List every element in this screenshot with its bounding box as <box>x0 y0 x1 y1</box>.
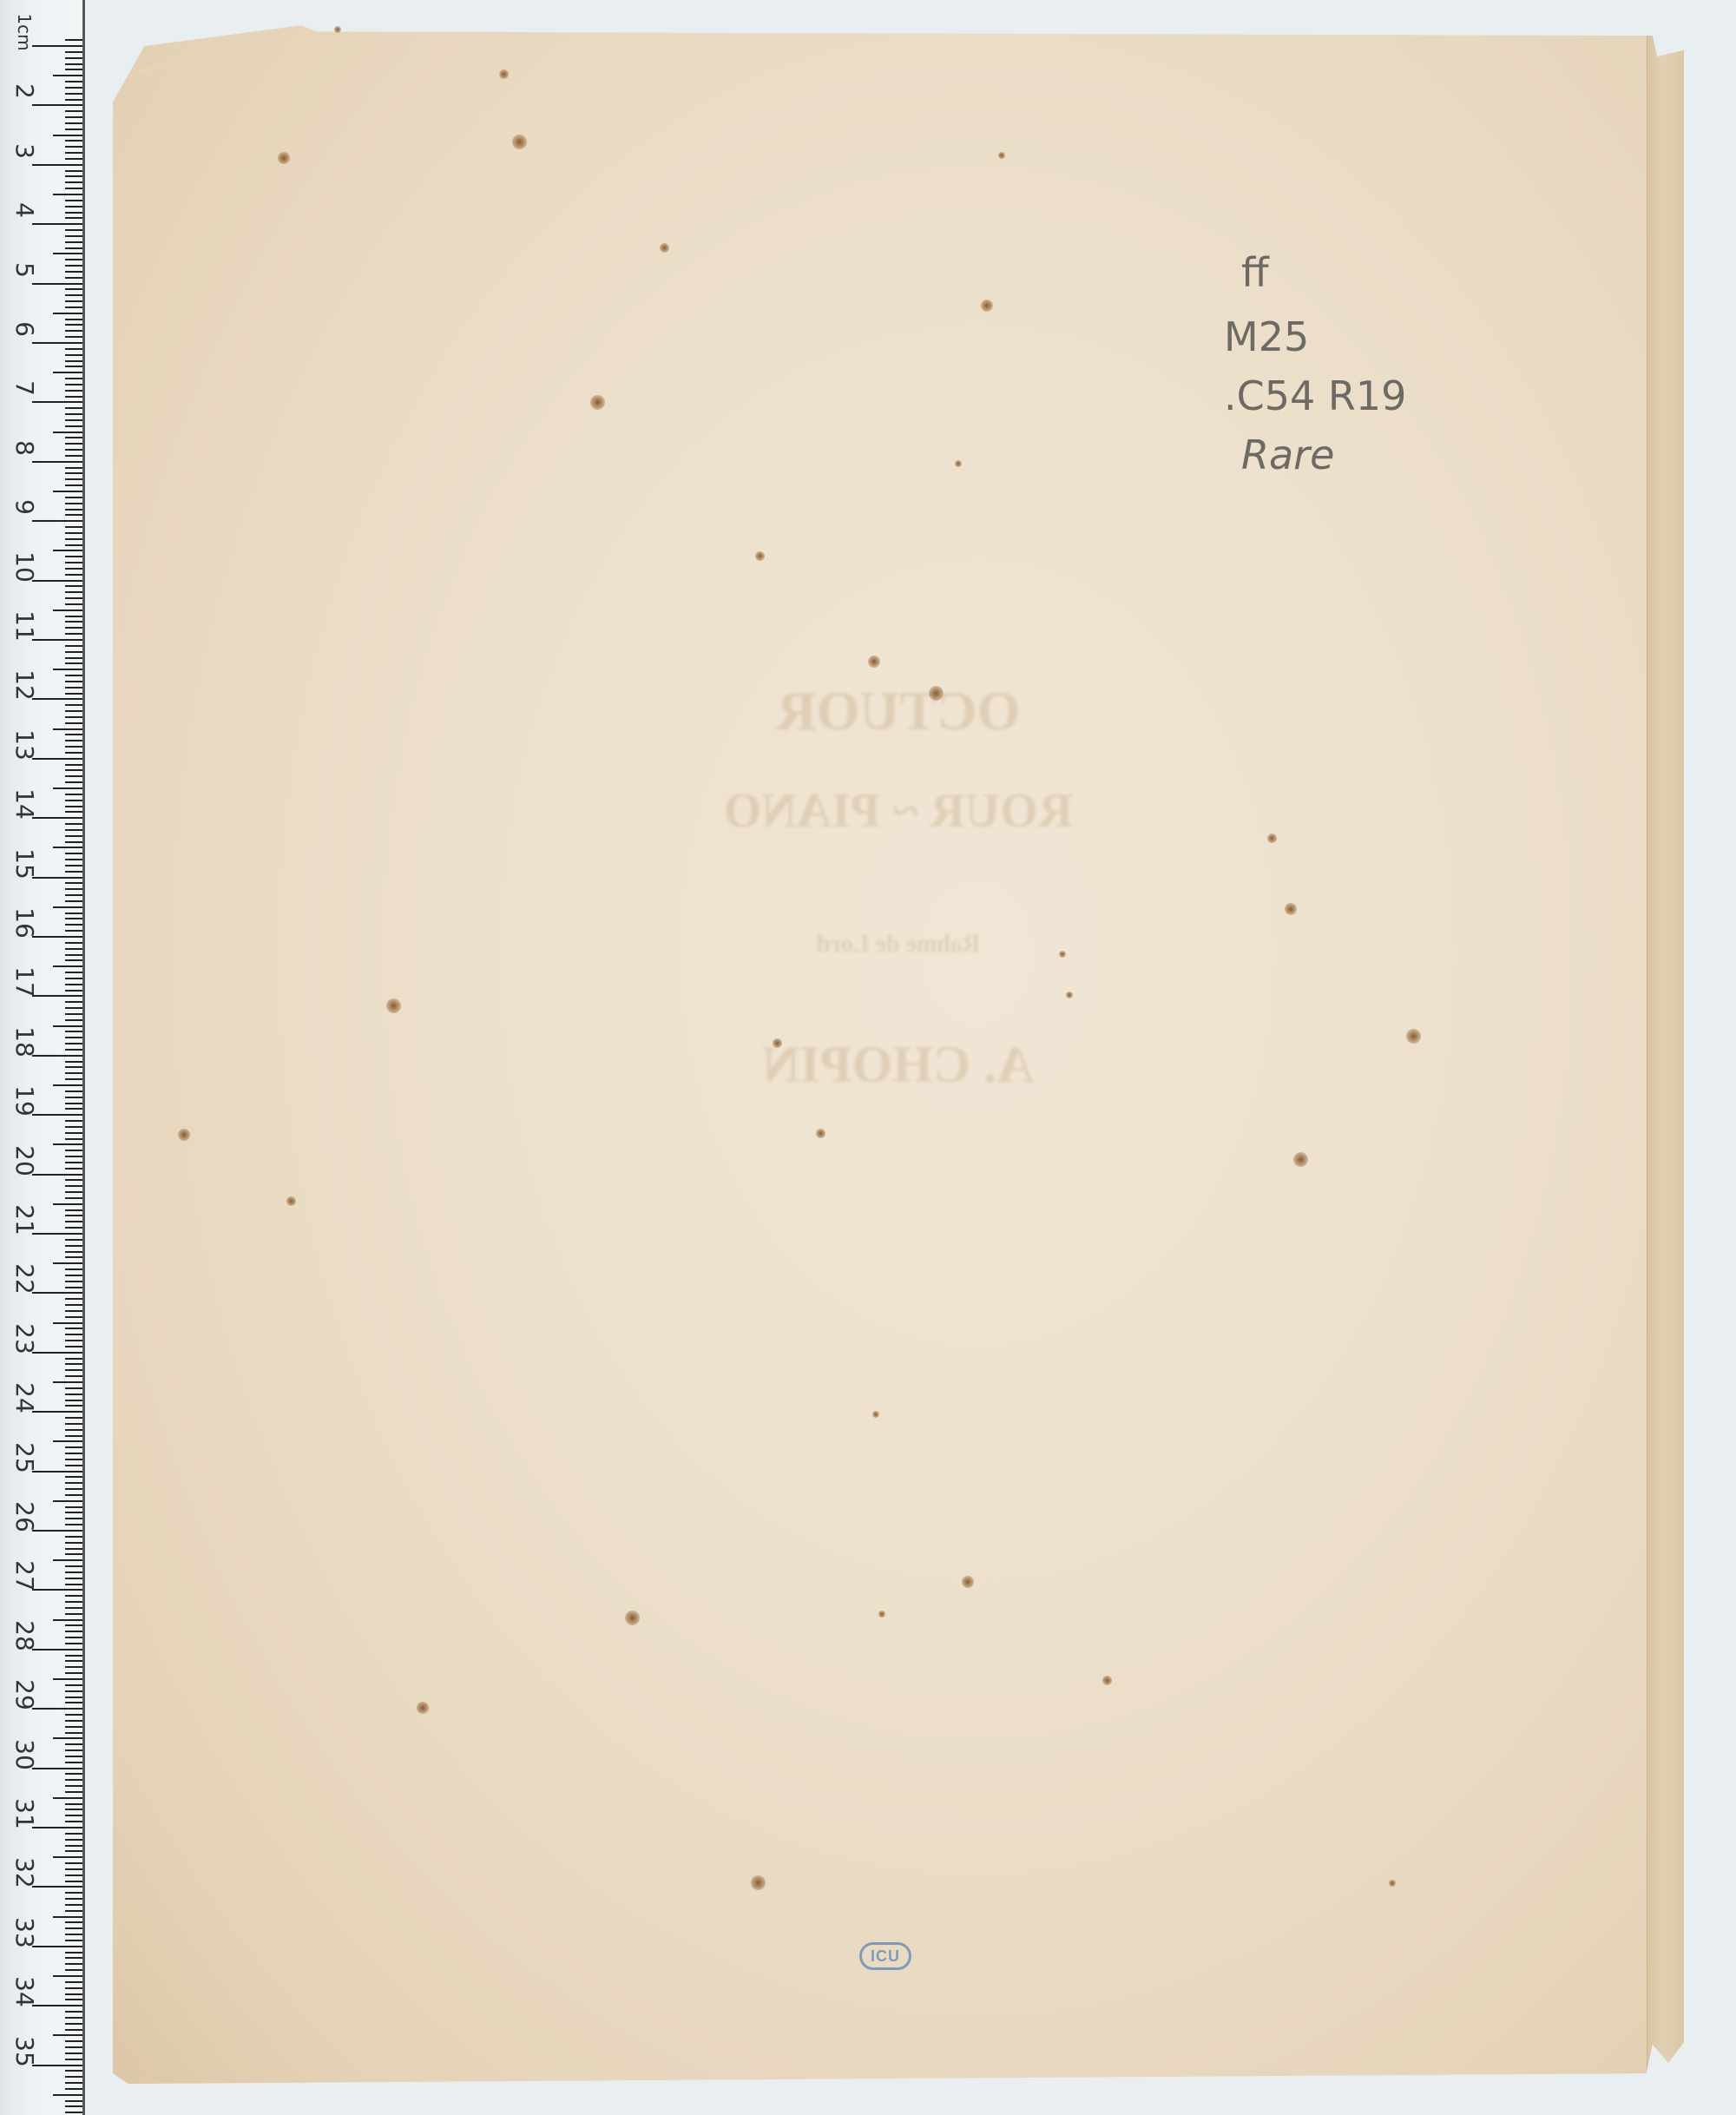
ruler-tick <box>65 1809 82 1810</box>
ruler-tick <box>65 627 82 629</box>
ruler-tick <box>65 882 82 884</box>
ruler-tick <box>65 585 82 587</box>
foxing-spot <box>868 656 880 668</box>
ruler-tick <box>65 425 82 427</box>
ruler-tick <box>65 1287 82 1288</box>
ruler-label: 34 <box>11 1973 37 2011</box>
document-page: OCTUOR ROUR ~ PIANO Rahme de Lord A. CHO… <box>113 19 1684 2094</box>
ruler-tick <box>32 520 82 522</box>
ruler-tick <box>65 1387 82 1389</box>
ruler-tick <box>65 2082 82 2084</box>
ruler-tick <box>53 194 82 195</box>
ruler-label: 14 <box>11 785 37 823</box>
ruler-label: 11 <box>11 607 37 645</box>
foxing-spot <box>981 300 993 312</box>
ruler-tick <box>65 597 82 599</box>
ruler-tick <box>32 877 82 879</box>
foxing-spot <box>1066 992 1073 998</box>
ruler-tick <box>65 2046 82 2048</box>
ruler-tick <box>53 1203 82 1205</box>
ruler-tick <box>53 1797 82 1799</box>
ruler-tick <box>65 2076 82 2078</box>
ruler-tick <box>65 1013 82 1015</box>
ruler-tick <box>65 2011 82 2013</box>
ruler-tick <box>65 1256 82 1258</box>
ruler-label: 30 <box>11 1736 37 1774</box>
ruler-tick <box>65 1702 82 1703</box>
ruler-tick <box>65 1400 82 1401</box>
ruler-tick <box>32 401 82 403</box>
ruler-tick <box>53 1916 82 1918</box>
ruler-tick <box>53 1975 82 1977</box>
ruler-label: 8 <box>11 429 37 467</box>
ruler-tick <box>32 1411 82 1413</box>
ruler-tick <box>53 491 82 492</box>
ruler-tick <box>65 1536 82 1538</box>
ruler-tick <box>65 1185 82 1187</box>
ruler-tick <box>32 698 82 700</box>
ruler-tick <box>32 817 82 819</box>
ruler-tick <box>65 746 82 748</box>
ruler-tick <box>65 366 82 367</box>
ruler-tick <box>65 396 82 398</box>
ruler-tick <box>65 978 82 979</box>
ruler-tick <box>65 1779 82 1781</box>
ruler-tick <box>65 1310 82 1312</box>
ruler-label: 1cm <box>11 13 37 51</box>
pencil-annotations: ff M25 .C54 R19 Rare <box>1224 243 1406 484</box>
ruler-tick <box>65 128 82 130</box>
ruler-tick <box>65 1197 82 1199</box>
ruler-tick <box>65 1476 82 1478</box>
ruler-tick <box>53 1143 82 1145</box>
foxing-spot <box>499 69 509 79</box>
ruler-label: 23 <box>11 1320 37 1358</box>
ruler-tick <box>53 1084 82 1086</box>
ruler-label: 9 <box>11 488 37 526</box>
ruler-tick <box>65 1239 82 1241</box>
ruler-tick <box>65 687 82 689</box>
ruler-tick <box>32 1352 82 1354</box>
ruler-tick <box>65 407 82 409</box>
ruler-tick <box>65 657 82 659</box>
ruler-tick <box>32 1768 82 1769</box>
ruler-tick <box>65 1482 82 1484</box>
ruler-tick <box>65 1078 82 1080</box>
ruler-tick <box>65 1031 82 1032</box>
ruler-tick <box>65 1126 82 1128</box>
ruler-tick <box>65 1791 82 1793</box>
ruler-tick <box>65 574 82 576</box>
foxing-spot <box>178 1129 190 1141</box>
ruler-tick <box>53 75 82 76</box>
ruler-tick <box>65 1072 82 1074</box>
ruler-tick <box>65 212 82 214</box>
ruler-tick <box>65 1465 82 1466</box>
ruler-tick <box>65 1862 82 1864</box>
ruler-tick <box>65 1251 82 1253</box>
ruler-tick <box>65 1132 82 1134</box>
foxing-spot <box>1102 1676 1112 1685</box>
ruler-tick <box>65 616 82 617</box>
ruler-tick <box>53 1856 82 1858</box>
ruler-tick <box>65 526 82 528</box>
ruler-tick <box>32 1114 82 1116</box>
ruler-tick <box>65 1346 82 1347</box>
ruler-tick <box>65 662 82 664</box>
ruler-tick <box>65 1001 82 1003</box>
ruler-tick <box>65 1803 82 1805</box>
ruler-tick <box>65 1940 82 1941</box>
foxing-spot <box>278 152 290 164</box>
ruler-tick <box>32 1471 82 1473</box>
ruler-tick <box>65 764 82 766</box>
ruler-tick <box>65 455 82 457</box>
ruler-tick <box>53 1500 82 1502</box>
ruler-tick <box>65 2070 82 2072</box>
ruler-tick <box>65 324 82 326</box>
ruler-tick <box>65 330 82 332</box>
ruler-tick <box>53 432 82 433</box>
ruler-tick <box>65 1061 82 1063</box>
foxing-spot <box>1059 951 1066 958</box>
ruler-tick <box>65 63 82 65</box>
ruler-tick <box>65 1162 82 1163</box>
ruler-tick <box>53 2094 82 2096</box>
ruler-tick <box>65 704 82 706</box>
ruler-tick <box>65 1245 82 1247</box>
foxing-spot <box>773 1038 782 1048</box>
ruler-tick <box>65 835 82 837</box>
ruler-tick <box>65 544 82 546</box>
ruler-tick <box>65 1845 82 1847</box>
ruler-tick <box>65 1690 82 1692</box>
ruler-tick <box>53 1678 82 1680</box>
ruler-tick <box>65 265 82 267</box>
ruler-tick <box>65 1019 82 1021</box>
ruler-tick <box>65 948 82 950</box>
ruler-tick <box>65 1578 82 1579</box>
ruler-tick <box>65 2052 82 2054</box>
ruler-tick <box>65 1963 82 1965</box>
ruler-tick <box>32 1174 82 1176</box>
ruler-tick <box>32 104 82 106</box>
ruler-label: 18 <box>11 1023 37 1061</box>
ruler-tick <box>65 1209 82 1211</box>
ruler-tick <box>65 188 82 189</box>
ruler-label: 10 <box>11 548 37 586</box>
ruler-tick <box>65 259 82 260</box>
ruler-tick <box>53 550 82 551</box>
pencil-note: Rare <box>1241 425 1406 484</box>
ruler-tick <box>65 419 82 421</box>
ruler-tick <box>65 1275 82 1276</box>
ruler-tick <box>65 110 82 112</box>
ruler-tick <box>65 1999 82 2000</box>
ruler-tick <box>32 223 82 225</box>
ruler-tick <box>65 390 82 392</box>
ruler-label: 17 <box>11 963 37 1001</box>
ruler-tick <box>65 1120 82 1122</box>
ruler-tick <box>65 1524 82 1525</box>
ruler-tick <box>65 1488 82 1490</box>
ruler-tick <box>65 1934 82 1935</box>
ruler-tick <box>32 164 82 166</box>
foxing-spot <box>872 1411 879 1418</box>
ruler-tick <box>53 2034 82 2036</box>
foxing-spot <box>955 460 962 467</box>
foxing-spot <box>1389 1880 1396 1887</box>
ruler-tick <box>65 1375 82 1377</box>
ruler-tick <box>53 135 82 136</box>
ruler-tick <box>65 1815 82 1816</box>
pencil-note: ff <box>1241 243 1406 302</box>
ruler-tick <box>65 556 82 557</box>
ruler-tick <box>65 913 82 914</box>
foxing-spot <box>878 1611 885 1618</box>
ruler-tick <box>65 1756 82 1757</box>
ruler-label: 33 <box>11 1914 37 1952</box>
ruler-tick <box>65 1910 82 1912</box>
ruler-label: 3 <box>11 132 37 170</box>
ruler-tick <box>65 140 82 142</box>
foxing-spot <box>590 395 605 410</box>
ruler-tick <box>65 1607 82 1609</box>
ruler-tick <box>65 1328 82 1329</box>
ruler-tick <box>65 924 82 926</box>
ruler-tick <box>65 1952 82 1954</box>
ruler-tick <box>65 568 82 570</box>
ruler-label: 2 <box>11 72 37 110</box>
ruler-tick <box>65 1138 82 1140</box>
ruler-tick <box>65 841 82 843</box>
pencil-note: .C54 R19 <box>1224 366 1406 425</box>
ruler-label: 24 <box>11 1379 37 1417</box>
ruler-tick <box>65 2029 82 2031</box>
ruler-tick <box>32 995 82 997</box>
ruler-tick <box>65 865 82 866</box>
ruler-tick <box>65 1429 82 1431</box>
ruler-tick <box>65 181 82 183</box>
ruler-tick <box>65 811 82 813</box>
ruler-tick <box>65 484 82 486</box>
ruler-tick <box>65 1150 82 1151</box>
ruler-tick <box>65 288 82 290</box>
ruler-tick <box>65 1584 82 1585</box>
ruler-tick <box>65 930 82 932</box>
ruler-tick <box>65 942 82 944</box>
ruler-label: 28 <box>11 1617 37 1655</box>
ruler-tick <box>32 758 82 760</box>
ruler-tick <box>65 1423 82 1425</box>
ruler-tick <box>65 538 82 540</box>
foxing-spot <box>1267 833 1277 843</box>
ruler-tick <box>65 2040 82 2042</box>
ruler-tick <box>65 1156 82 1157</box>
ruler-tick <box>65 2088 82 2090</box>
ruler-tick <box>65 853 82 854</box>
ruler-tick <box>65 1655 82 1657</box>
ruler-tick <box>65 514 82 516</box>
foxing-spot <box>334 26 341 33</box>
ruler-tick <box>32 1649 82 1650</box>
foxing-spot <box>1406 1029 1421 1044</box>
ruler-tick <box>65 200 82 201</box>
ruler-label: 15 <box>11 845 37 883</box>
ruler-tick <box>65 829 82 831</box>
ruler-tick <box>65 1215 82 1216</box>
ruler-tick <box>65 675 82 676</box>
ruler-tick <box>65 360 82 362</box>
ruler-tick <box>65 384 82 385</box>
ruler-tick <box>65 900 82 902</box>
ruler-tick <box>53 847 82 848</box>
ruler-tick <box>65 591 82 593</box>
ruler-tick <box>32 1708 82 1710</box>
ruler-tick <box>65 1595 82 1597</box>
ruler-tick <box>65 241 82 243</box>
ruler-tick <box>65 1298 82 1300</box>
ruler-tick <box>65 1506 82 1508</box>
ruler-tick <box>65 1548 82 1550</box>
ruler-tick <box>65 478 82 480</box>
ruler-tick <box>65 1043 82 1044</box>
ruler-tick <box>65 1714 82 1716</box>
ruler-tick <box>65 51 82 53</box>
ruler-tick <box>65 1643 82 1644</box>
ruler-tick <box>65 348 82 350</box>
foxing-spot <box>755 551 765 561</box>
measurement-ruler: 1cm2345678910111213141516171819202122232… <box>0 0 85 2115</box>
ruler-tick <box>65 990 82 992</box>
ruler-label: 12 <box>11 666 37 704</box>
ruler-tick <box>65 1743 82 1745</box>
library-stamp: ICU <box>859 1942 911 1970</box>
ruler-tick <box>65 81 82 82</box>
ruler-tick <box>65 1660 82 1662</box>
ruler-tick <box>53 787 82 789</box>
ruler-tick <box>53 728 82 730</box>
ruler-tick <box>65 1268 82 1270</box>
foxing-spot <box>929 686 944 701</box>
ruler-tick <box>65 1435 82 1437</box>
bleed-through-title: OCTUOR <box>113 679 1684 743</box>
ruler-tick <box>65 1459 82 1460</box>
ruler-tick <box>65 1221 82 1222</box>
ruler-tick <box>65 1749 82 1751</box>
ruler-tick <box>32 1530 82 1532</box>
ruler-tick <box>65 1453 82 1454</box>
ruler-tick <box>65 472 82 474</box>
ruler-tick <box>65 775 82 777</box>
ruler-label: 32 <box>11 1854 37 1892</box>
ruler-tick <box>65 823 82 825</box>
ruler-tick <box>65 146 82 148</box>
ruler-tick <box>65 1007 82 1009</box>
ruler-tick <box>65 888 82 890</box>
ruler-tick <box>65 2023 82 2025</box>
ruler-tick <box>65 319 82 320</box>
ruler-tick <box>65 93 82 95</box>
ruler-tick <box>53 1619 82 1621</box>
ruler-tick <box>32 1886 82 1888</box>
ruler-tick <box>65 306 82 308</box>
ruler-label: 31 <box>11 1795 37 1833</box>
ruler-tick <box>32 1946 82 1947</box>
ruler-tick <box>65 294 82 296</box>
ruler-tick <box>65 1553 82 1555</box>
ruler-tick <box>65 1684 82 1686</box>
ruler-tick <box>65 1304 82 1306</box>
ruler-tick <box>65 1881 82 1882</box>
ruler-tick <box>65 175 82 177</box>
ruler-tick <box>65 443 82 445</box>
ruler-tick <box>65 1601 82 1603</box>
ruler-tick <box>65 1921 82 1923</box>
ruler-tick <box>65 1446 82 1448</box>
ruler-label: 7 <box>11 369 37 407</box>
ruler-tick <box>65 1672 82 1674</box>
ruler-tick <box>65 1850 82 1852</box>
ruler-label: 5 <box>11 251 37 289</box>
bleed-through-subtitle: ROUR ~ PIANO <box>113 783 1684 839</box>
ruler-label: 21 <box>11 1201 37 1239</box>
ruler-tick <box>65 1108 82 1110</box>
ruler-tick <box>65 2017 82 2019</box>
ruler-tick <box>65 1281 82 1282</box>
ruler-tick <box>65 300 82 302</box>
ruler-tick <box>65 1103 82 1104</box>
ruler-tick <box>65 859 82 860</box>
foxing-spot <box>386 998 401 1013</box>
ruler-tick <box>65 1037 82 1038</box>
ruler-tick <box>65 247 82 249</box>
foxing-spot <box>625 1611 640 1625</box>
ruler-tick <box>32 580 82 582</box>
ruler-tick <box>65 1097 82 1098</box>
ruler-tick <box>53 965 82 967</box>
ruler-tick <box>53 1559 82 1561</box>
ruler-tick <box>32 342 82 344</box>
ruler-tick <box>65 271 82 273</box>
foxing-spot <box>286 1196 296 1206</box>
ruler-tick <box>65 1191 82 1193</box>
ruler-tick <box>32 45 82 47</box>
ruler-tick <box>53 1381 82 1383</box>
ruler-tick <box>65 740 82 741</box>
ruler-tick <box>32 283 82 285</box>
foxing-spot <box>751 1875 766 1890</box>
ruler-label: 19 <box>11 1082 37 1120</box>
ruler-tick <box>65 1993 82 1995</box>
ruler-tick <box>65 1624 82 1626</box>
ruler-tick <box>65 734 82 735</box>
ruler-label: 26 <box>11 1498 37 1536</box>
ruler-tick <box>53 372 82 373</box>
ruler-tick <box>65 229 82 231</box>
ruler-tick <box>65 354 82 356</box>
ruler-tick <box>65 1168 82 1170</box>
ruler-tick <box>65 69 82 70</box>
ruler-tick <box>65 1927 82 1929</box>
ruler-tick <box>65 99 82 101</box>
ruler-tick <box>65 1369 82 1371</box>
ruler-tick <box>65 645 82 647</box>
ruler-label: 20 <box>11 1142 37 1180</box>
ruler-tick <box>65 1957 82 1959</box>
ruler-tick <box>65 1494 82 1496</box>
ruler-tick <box>65 918 82 919</box>
